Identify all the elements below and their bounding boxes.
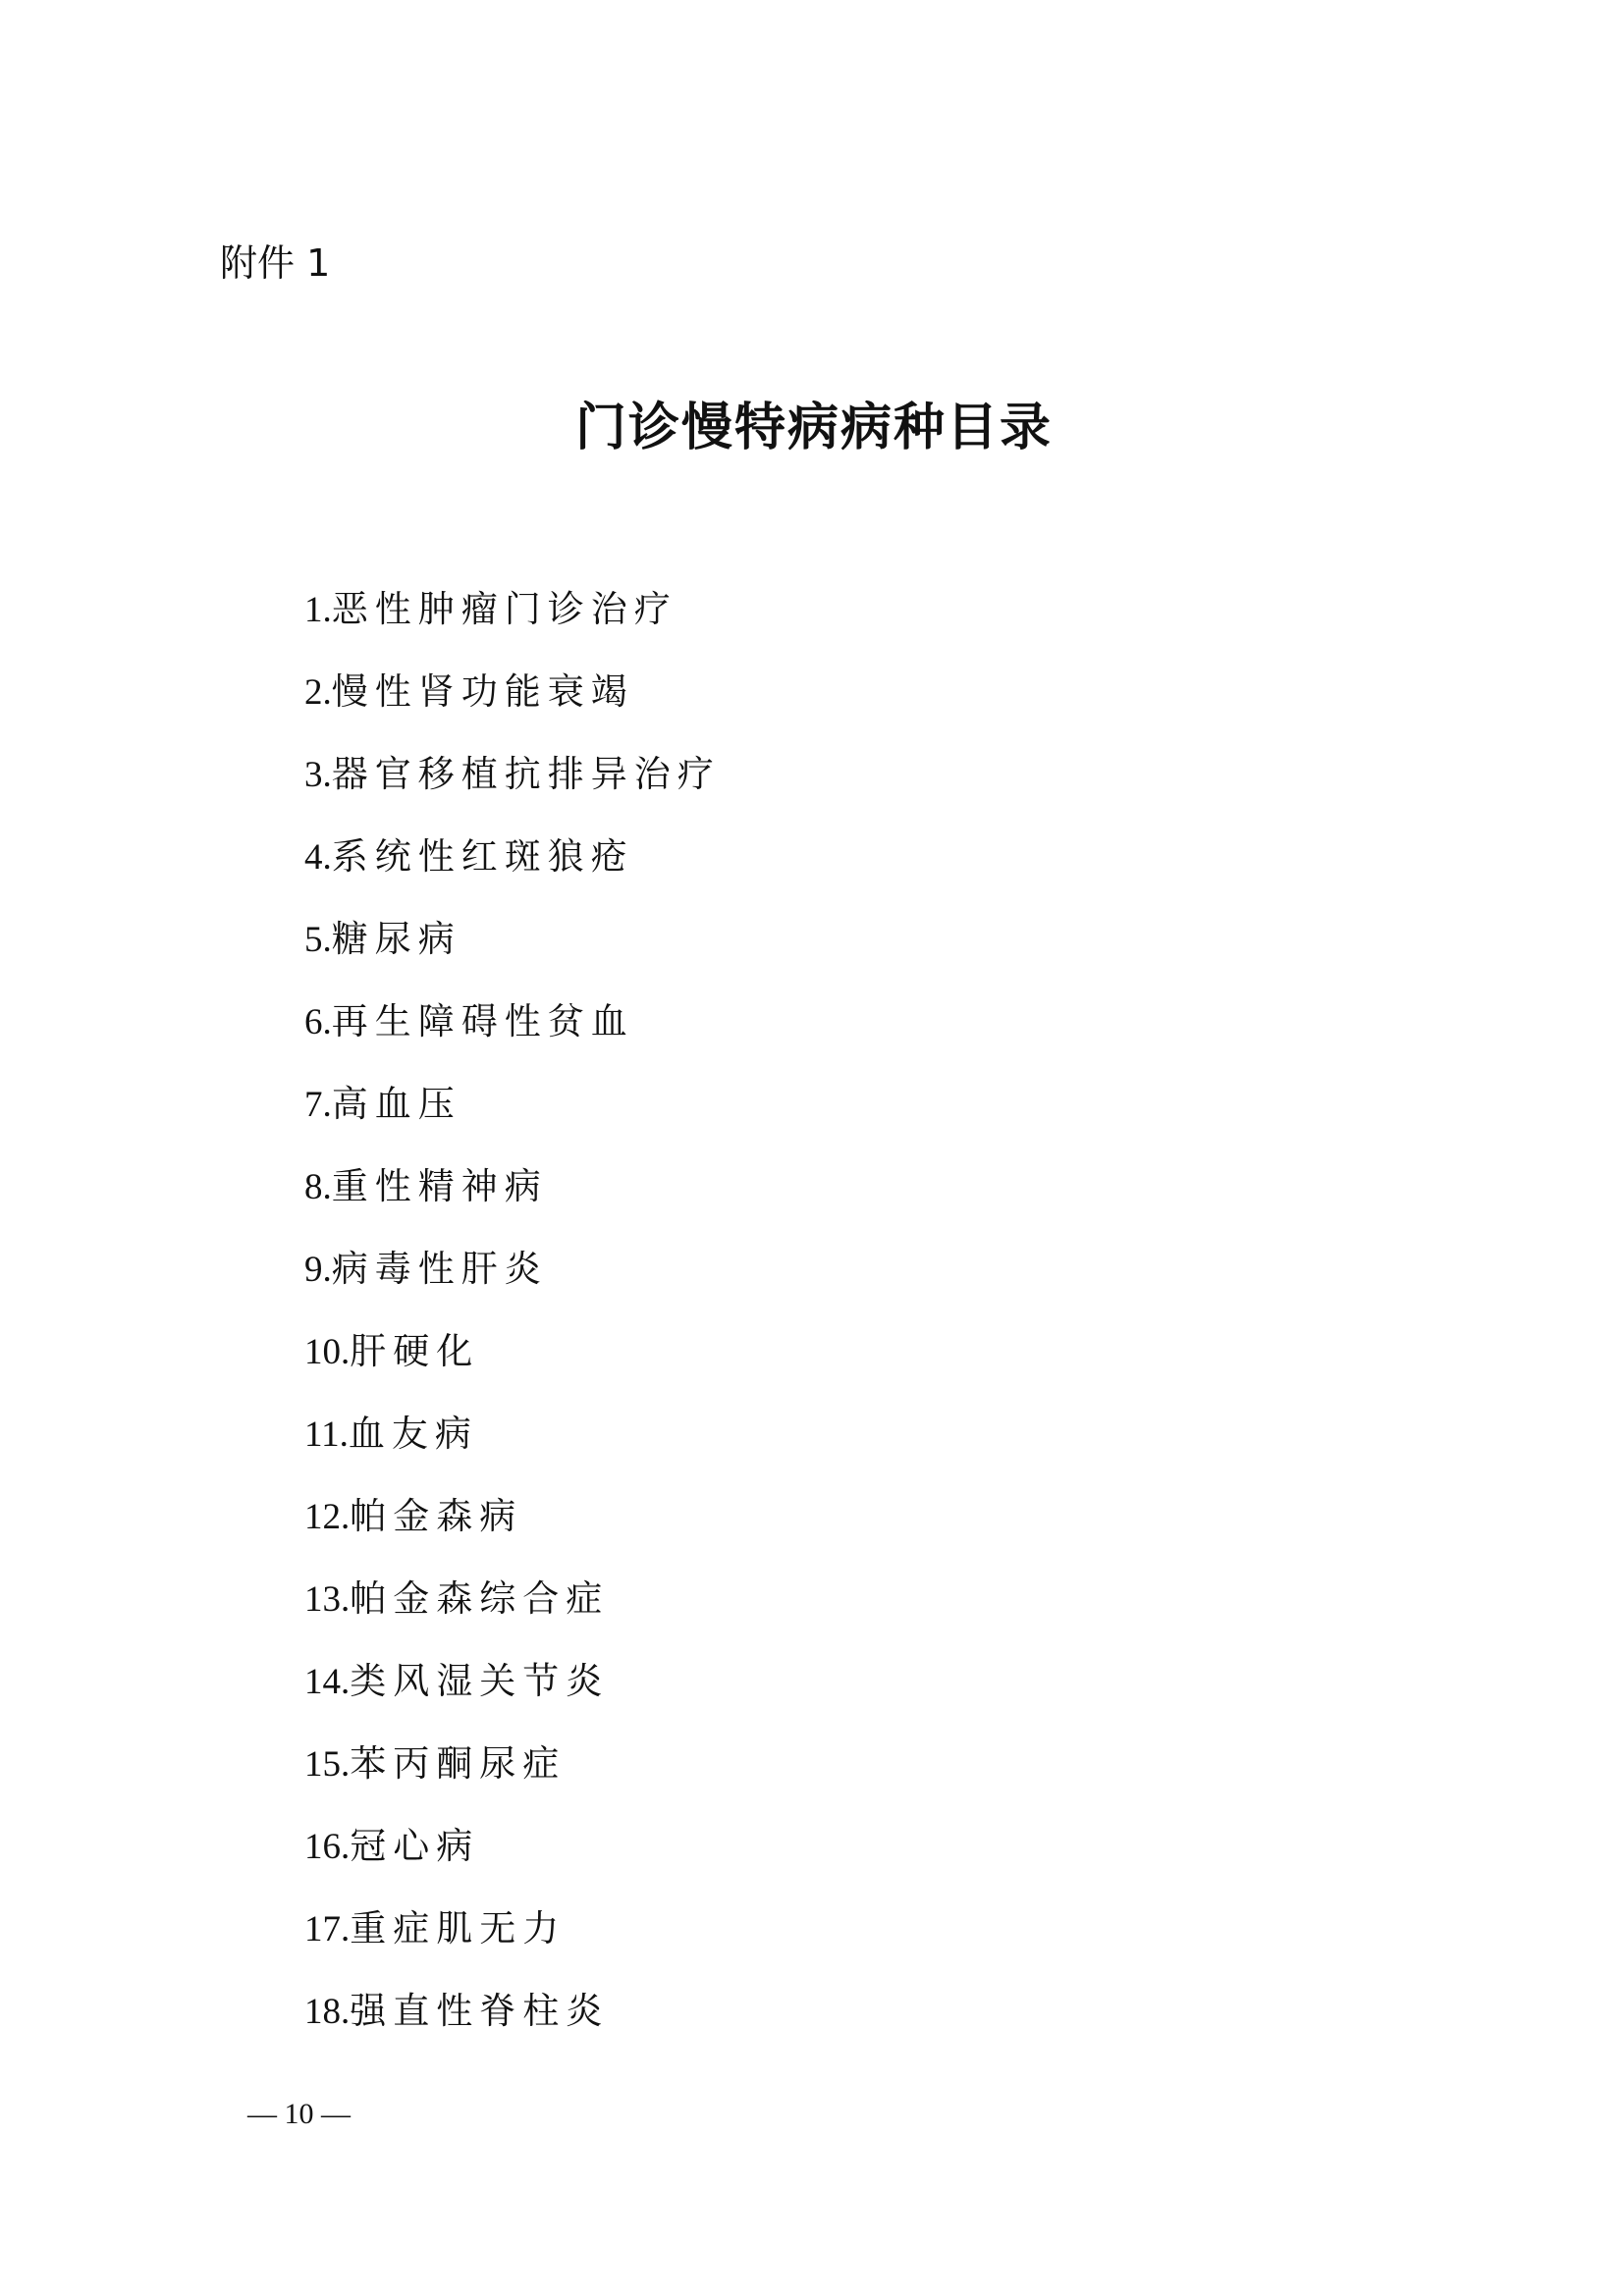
- list-item: 6.再生障碍性贫血: [304, 998, 721, 1081]
- item-number: 16.: [304, 1827, 350, 1867]
- item-number: 9.: [304, 1250, 332, 1290]
- item-number: 2.: [304, 672, 332, 713]
- item-number: 18.: [304, 1992, 350, 2032]
- item-text: 器官移植抗排异治疗: [332, 753, 721, 795]
- item-text: 恶性肿瘤门诊治疗: [332, 588, 677, 630]
- item-number: 17.: [304, 1909, 350, 1949]
- item-text: 肝硬化: [350, 1330, 479, 1372]
- item-number: 11.: [304, 1415, 349, 1455]
- item-text: 冠心病: [350, 1825, 479, 1867]
- item-number: 5.: [304, 920, 332, 960]
- page-number: — 10 —: [247, 2095, 351, 2134]
- item-number: 12.: [304, 1497, 350, 1537]
- item-text: 糖尿病: [332, 918, 461, 960]
- item-number: 8.: [304, 1167, 332, 1207]
- item-text: 重性精神病: [332, 1165, 548, 1207]
- item-text: 帕金森病: [350, 1495, 522, 1537]
- document-title: 门诊慢特病病种目录: [0, 397, 1624, 459]
- item-number: 3.: [304, 755, 332, 795]
- item-text: 高血压: [332, 1083, 461, 1125]
- list-item: 2.慢性肾功能衰竭: [304, 668, 721, 751]
- item-text: 苯丙酮尿症: [350, 1742, 566, 1785]
- item-number: 14.: [304, 1662, 350, 1702]
- list-item: 17.重症肌无力: [304, 1905, 721, 1988]
- list-item: 1.恶性肿瘤门诊治疗: [304, 586, 721, 668]
- item-text: 帕金森综合症: [350, 1577, 609, 1620]
- list-item: 9.病毒性肝炎: [304, 1246, 721, 1328]
- item-text: 类风湿关节炎: [350, 1660, 609, 1702]
- item-number: 13.: [304, 1579, 350, 1620]
- item-number: 1.: [304, 590, 332, 630]
- list-item: 16.冠心病: [304, 1823, 721, 1905]
- list-item: 18.强直性脊柱炎: [304, 1988, 721, 2070]
- attachment-label: 附件 1: [220, 240, 330, 287]
- list-item: 14.类风湿关节炎: [304, 1658, 721, 1740]
- list-item: 8.重性精神病: [304, 1163, 721, 1246]
- list-item: 11.血友病: [304, 1411, 721, 1493]
- list-item: 12.帕金森病: [304, 1493, 721, 1575]
- list-item: 4.系统性红斑狼疮: [304, 833, 721, 916]
- item-number: 6.: [304, 1002, 332, 1042]
- item-text: 重症肌无力: [350, 1907, 566, 1949]
- list-item: 5.糖尿病: [304, 916, 721, 998]
- item-text: 血友病: [349, 1413, 478, 1455]
- item-text: 慢性肾功能衰竭: [332, 670, 634, 713]
- list-item: 7.高血压: [304, 1081, 721, 1163]
- item-text: 再生障碍性贫血: [332, 1000, 634, 1042]
- item-number: 15.: [304, 1744, 350, 1785]
- list-item: 13.帕金森综合症: [304, 1575, 721, 1658]
- list-item: 15.苯丙酮尿症: [304, 1740, 721, 1823]
- disease-list: 1.恶性肿瘤门诊治疗 2.慢性肾功能衰竭 3.器官移植抗排异治疗 4.系统性红斑…: [304, 586, 721, 2070]
- item-number: 4.: [304, 837, 332, 878]
- item-number: 7.: [304, 1085, 332, 1125]
- item-text: 系统性红斑狼疮: [332, 835, 634, 878]
- list-item: 3.器官移植抗排异治疗: [304, 751, 721, 833]
- item-text: 强直性脊柱炎: [350, 1990, 609, 2032]
- item-number: 10.: [304, 1332, 350, 1372]
- list-item: 10.肝硬化: [304, 1328, 721, 1411]
- item-text: 病毒性肝炎: [332, 1248, 548, 1290]
